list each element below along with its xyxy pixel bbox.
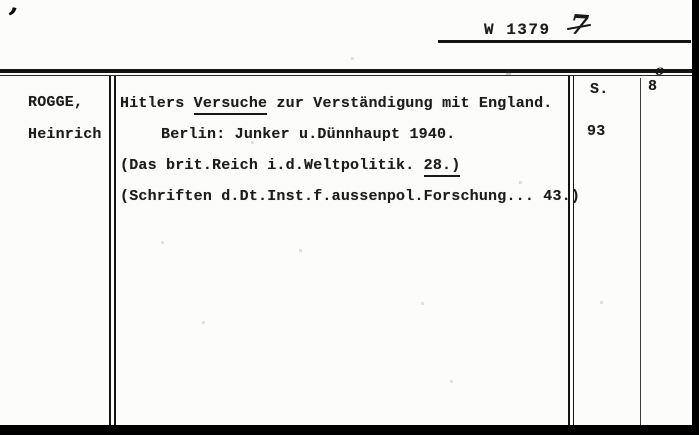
pen-stroke-mark: ’ — [2, 1, 20, 37]
handwritten-format-mark: o — [655, 63, 664, 79]
format-value: 8 — [648, 78, 657, 95]
title-line: Hitlers Versuche zur Verständigung mit E… — [120, 95, 553, 112]
title-pre: Hitlers — [120, 95, 194, 112]
header-rule-thick — [0, 69, 692, 73]
author-column-rule-right — [114, 76, 116, 425]
series1-pre: (Das brit.Reich i.d.Weltpolitik. — [120, 157, 424, 174]
header-rule-thin — [0, 75, 692, 76]
series-line-1: (Das brit.Reich i.d.Weltpolitik. 28.) — [120, 157, 460, 174]
pages-value: 93 — [587, 123, 605, 140]
pages-column-rule-left — [568, 76, 570, 425]
call-number-underline — [438, 40, 691, 43]
scan-noise — [0, 0, 1, 1]
pages-label: S. — [590, 81, 608, 98]
index-card: ’ W 1379 7 ROGGE, Heinrich Hitlers Versu… — [0, 0, 692, 425]
pages-column-rule-right — [573, 76, 574, 425]
title-post: zur Verständigung mit England. — [267, 95, 552, 112]
call-number: W 1379 — [484, 21, 551, 39]
format-column-rule — [640, 78, 641, 425]
catalog-card-scan: ’ W 1379 7 ROGGE, Heinrich Hitlers Versu… — [0, 0, 699, 435]
author-surname: ROGGE, — [28, 94, 83, 111]
series-line-2: (Schriften d.Dt.Inst.f.aussenpol.Forschu… — [120, 188, 580, 205]
imprint-line: Berlin: Junker u.Dünnhaupt 1940. — [161, 126, 455, 143]
author-column-rule-left — [109, 76, 111, 425]
series1-number-underlined: 28.) — [424, 157, 461, 177]
author-forename: Heinrich — [28, 126, 102, 143]
title-underlined-word: Versuche — [194, 95, 268, 115]
